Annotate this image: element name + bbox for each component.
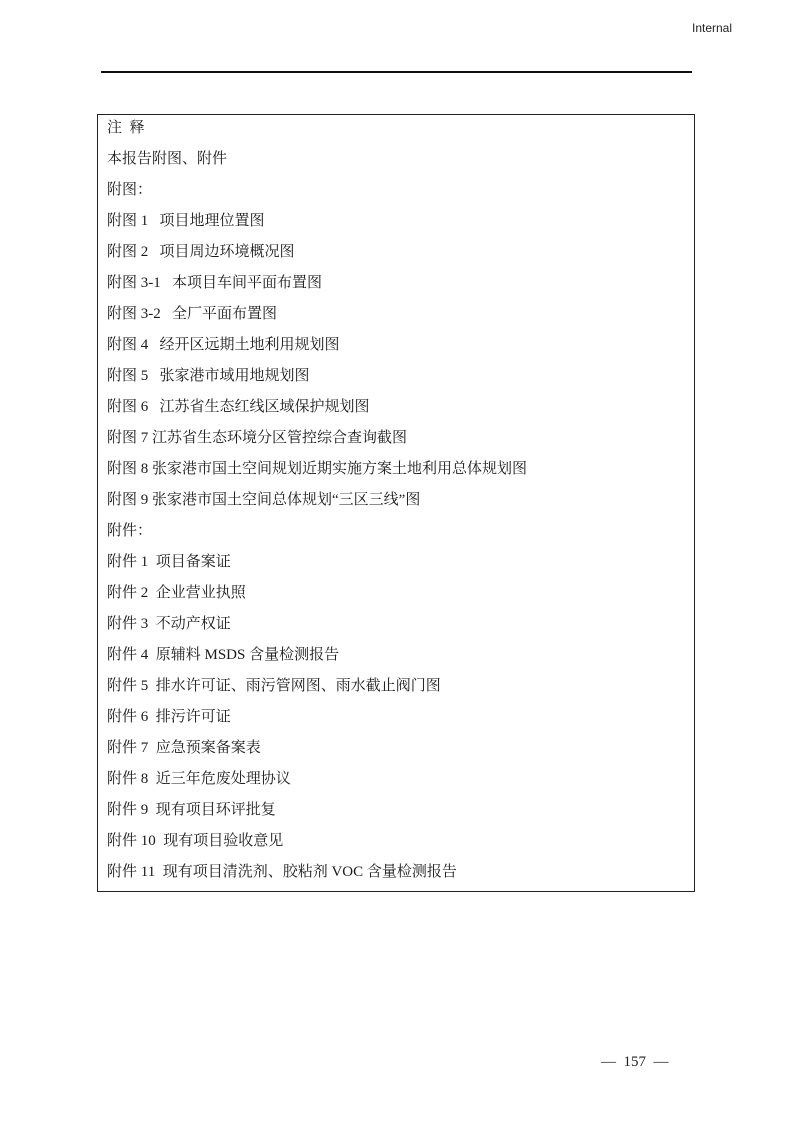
classification-label: Internal <box>692 21 732 35</box>
figure-item: 附图 4 经开区远期土地利用规划图 <box>107 336 340 354</box>
page-number: — 157 — <box>601 1054 669 1071</box>
header-divider <box>101 71 692 73</box>
attachments-heading: 附件： <box>107 522 152 540</box>
attachment-item: 附件 9 现有项目环评批复 <box>107 801 276 819</box>
attachment-item: 附件 3 不动产权证 <box>107 615 231 633</box>
figure-item: 附图 3-2 全厂平面布置图 <box>107 305 277 323</box>
attachment-item: 附件 4 原辅料 MSDS 含量检测报告 <box>107 646 339 664</box>
attachment-item: 附件 1 项目备案证 <box>107 553 231 571</box>
figure-item: 附图 6 江苏省生态红线区域保护规划图 <box>107 398 370 416</box>
notes-subtitle: 本报告附图、附件 <box>107 150 227 168</box>
attachment-item: 附件 2 企业营业执照 <box>107 584 246 602</box>
figure-item: 附图 2 项目周边环境概况图 <box>107 243 295 261</box>
figure-item: 附图 1 项目地理位置图 <box>107 212 265 230</box>
attachment-item: 附件 5 排水许可证、雨污管网图、雨水截止阀门图 <box>107 677 441 695</box>
figure-item: 附图 3-1 本项目车间平面布置图 <box>107 274 322 292</box>
attachment-item: 附件 6 排污许可证 <box>107 708 231 726</box>
figure-item: 附图 8 张家港市国土空间规划近期实施方案土地利用总体规划图 <box>107 460 527 478</box>
figure-item: 附图 5 张家港市域用地规划图 <box>107 367 310 385</box>
notes-title: 注 释 <box>107 119 145 137</box>
attachment-item: 附件 7 应急预案备案表 <box>107 739 261 757</box>
attachment-item: 附件 8 近三年危废处理协议 <box>107 770 291 788</box>
figure-item: 附图 9 张家港市国土空间总体规划“三区三线”图 <box>107 491 420 509</box>
figures-heading: 附图： <box>107 181 152 199</box>
figure-item: 附图 7 江苏省生态环境分区管控综合查询截图 <box>107 429 407 447</box>
attachment-item: 附件 10 现有项目验收意见 <box>107 832 283 850</box>
attachment-item: 附件 11 现有项目清洗剂、胶粘剂 VOC 含量检测报告 <box>107 863 457 881</box>
notes-box: 注 释 本报告附图、附件 附图： 附图 1 项目地理位置图 附图 2 项目周边环… <box>97 114 695 892</box>
